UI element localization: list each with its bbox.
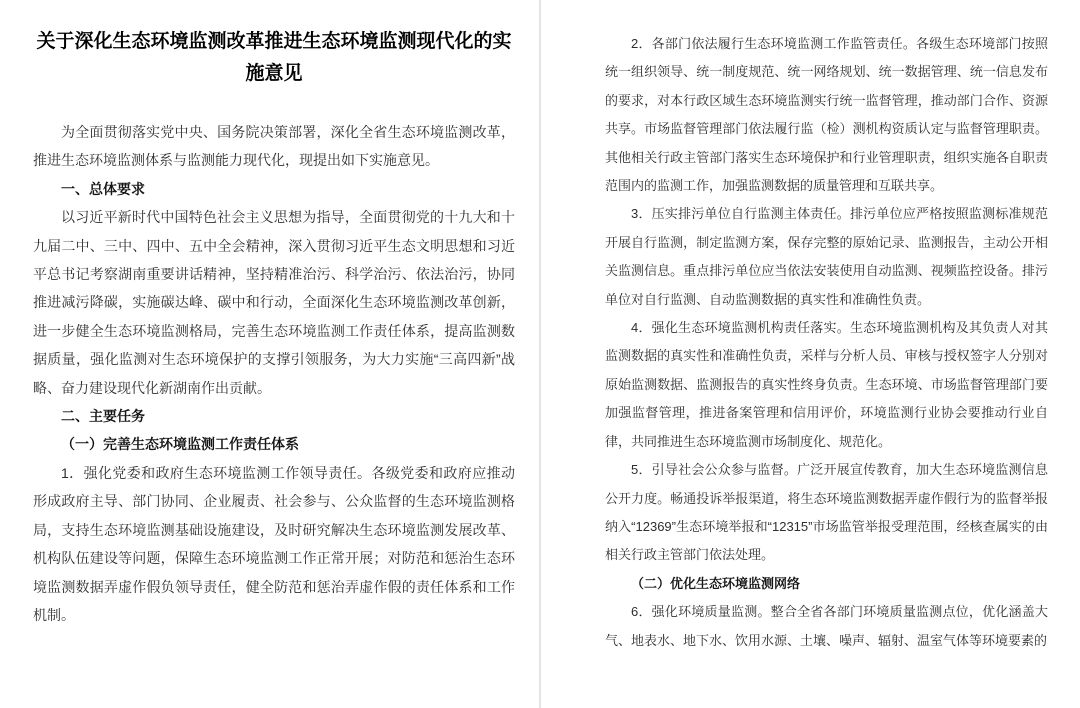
page-1: 关于深化生态环境监测改革推进生态环境监测现代化的实施意见为全面贯彻落实党中央、国… [0, 0, 540, 708]
block-h1: 一、总体要求 [33, 175, 515, 203]
block-para: 为全面贯彻落实党中央、国务院决策部署，深化全省生态环境监测改革，推进生态环境监测… [33, 118, 515, 175]
page-2: 2．各部门依法履行生态环境监测工作监管责任。各级生态环境部门按照统一组织领导、统… [541, 0, 1080, 708]
document-spread: 关于深化生态环境监测改革推进生态环境监测现代化的实施意见为全面贯彻落实党中央、国… [0, 0, 1080, 708]
document-title: 关于深化生态环境监测改革推进生态环境监测现代化的实施意见 [33, 26, 515, 90]
block-h1: 二、主要任务 [33, 402, 515, 430]
block-para: 6．强化环境质量监测。整合全省各部门环境质量监测点位，优化涵盖大气、地表水、地下… [605, 598, 1048, 655]
block-para: 1．强化党委和政府生态环境监测工作领导责任。各级党委和政府应推动形成政府主导、部… [33, 459, 515, 629]
block-para: 2．各部门依法履行生态环境监测工作监管责任。各级生态环境部门按照统一组织领导、统… [605, 30, 1048, 200]
block-h2: （二）优化生态环境监测网络 [605, 570, 1048, 598]
block-h2: （一）完善生态环境监测工作责任体系 [33, 430, 515, 458]
block-para: 3．压实排污单位自行监测主体责任。排污单位应严格按照监测标准规范开展自行监测，制… [605, 200, 1048, 314]
block-para: 以习近平新时代中国特色社会主义思想为指导，全面贯彻党的十九大和十九届二中、三中、… [33, 203, 515, 402]
block-para: 4．强化生态环境监测机构责任落实。生态环境监测机构及其负责人对其监测数据的真实性… [605, 314, 1048, 456]
block-para: 5．引导社会公众参与监督。广泛开展宣传教育，加大生态环境监测信息公开力度。畅通投… [605, 456, 1048, 570]
